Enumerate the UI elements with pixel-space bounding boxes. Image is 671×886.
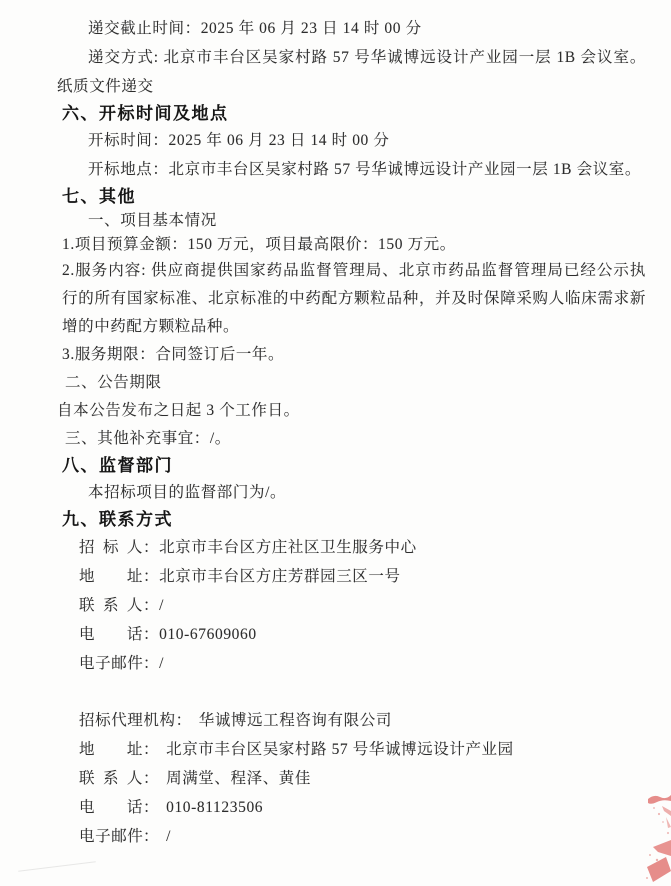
contact-value: /: [159, 655, 164, 672]
agency-person-line: 联系人：周满堂、程泽、黄佳: [79, 764, 646, 793]
contact-label: 电子邮件: [79, 649, 143, 678]
other-sub1-title: 一、项目基本情况: [57, 209, 646, 233]
purchaser-email-line: 电子邮件：/: [79, 649, 646, 678]
contact-label: 地址: [79, 562, 143, 591]
contact-value: 010-81123506: [166, 799, 263, 816]
agency-email-line: 电子邮件：/: [79, 822, 646, 851]
contact-value: 010-67609060: [159, 626, 257, 643]
contact-colon: ：: [143, 741, 159, 758]
contact-value: 周满堂、程泽、黄佳: [166, 770, 311, 787]
purchaser-address-line: 地址：北京市丰台区方庄芳群园三区一号: [79, 562, 646, 591]
contact-colon: ：: [143, 539, 159, 556]
contact-colon: ：: [143, 597, 159, 614]
submission-deadline-line: 递交截止时间：2025 年 06 月 23 日 14 时 00 分: [57, 14, 646, 43]
contact-label: 联系人: [79, 591, 143, 620]
purchaser-phone-line: 电话：010-67609060: [79, 620, 646, 649]
other-sub2-title: 二、公告期限: [65, 369, 646, 397]
contact-label: 地址: [79, 735, 143, 764]
contact-colon: ：: [176, 712, 192, 729]
contact-value: 华诚博远工程咨询有限公司: [199, 712, 392, 729]
contact-label: 招标人: [79, 533, 143, 562]
bid-opening-place-line: 开标地点：北京市丰台区吴家村路 57 号华诚博远设计产业园一层 1B 会议室。: [57, 155, 646, 184]
submission-method-paragraph: 递交方式: 北京市丰台区吴家村路 57 号华诚博远设计产业园一层 1B 会议室。…: [57, 43, 646, 101]
contact-colon: ：: [143, 626, 159, 643]
purchaser-person-line: 联系人：/: [79, 591, 646, 620]
other-sub2-body: 自本公告发布之日起 3 个工作日。: [57, 397, 646, 425]
heading-bid-opening: 六、开标时间及地点: [62, 101, 646, 126]
contact-value: 北京市丰台区吴家村路 57 号华诚博远设计产业园: [166, 741, 514, 758]
contact-label: 电子邮件: [79, 822, 143, 851]
heading-supervision: 八、监督部门: [62, 453, 646, 479]
contact-colon: ：: [143, 828, 159, 845]
contact-label: 联系人: [79, 764, 143, 793]
contact-colon: ：: [143, 770, 159, 787]
contact-value: /: [166, 828, 171, 845]
contact-value: /: [159, 597, 164, 614]
purchaser-name-line: 招标人：北京市丰台区方庄社区卫生服务中心: [79, 533, 646, 562]
contact-colon: ：: [143, 568, 159, 585]
contact-label: 招标代理机构: [79, 706, 176, 735]
contact-label: 电话: [79, 793, 143, 822]
agency-address-line: 地址：北京市丰台区吴家村路 57 号华诚博远设计产业园: [79, 735, 646, 764]
red-seal-fragment: [641, 786, 671, 886]
bid-opening-time-line: 开标时间：2025 年 06 月 23 日 14 时 00 分: [57, 126, 646, 155]
agency-phone-line: 电话：010-81123506: [79, 793, 646, 822]
agency-name-line: 招标代理机构：华诚博远工程咨询有限公司: [79, 706, 646, 735]
contact-label: 电话: [79, 620, 143, 649]
contact-value: 北京市丰台区方庄芳群园三区一号: [159, 568, 401, 585]
other-item2-service-content: 2.服务内容: 供应商提供国家药品监督管理局、北京市药品监督管理局已经公示执行的…: [62, 257, 646, 341]
heading-other: 七、其他: [62, 184, 646, 209]
other-item3-service-term: 3.服务期限：合同签订后一年。: [62, 341, 646, 369]
block-gap: [57, 678, 646, 706]
contact-colon: ：: [143, 655, 159, 672]
contact-colon: ：: [143, 799, 159, 816]
scan-scratch-artifact: [18, 861, 96, 871]
other-sub3-title: 三、其他补充事宜：/。: [65, 425, 646, 453]
supervision-body-line: 本招标项目的监督部门为/。: [57, 479, 646, 507]
contact-value: 北京市丰台区方庄社区卫生服务中心: [159, 539, 417, 556]
other-item1-budget: 1.项目预算金额：150 万元，项目最高限价：150 万元。: [62, 233, 646, 257]
document-page: 递交截止时间：2025 年 06 月 23 日 14 时 00 分 递交方式: …: [0, 0, 671, 886]
heading-contact: 九、联系方式: [62, 507, 646, 533]
